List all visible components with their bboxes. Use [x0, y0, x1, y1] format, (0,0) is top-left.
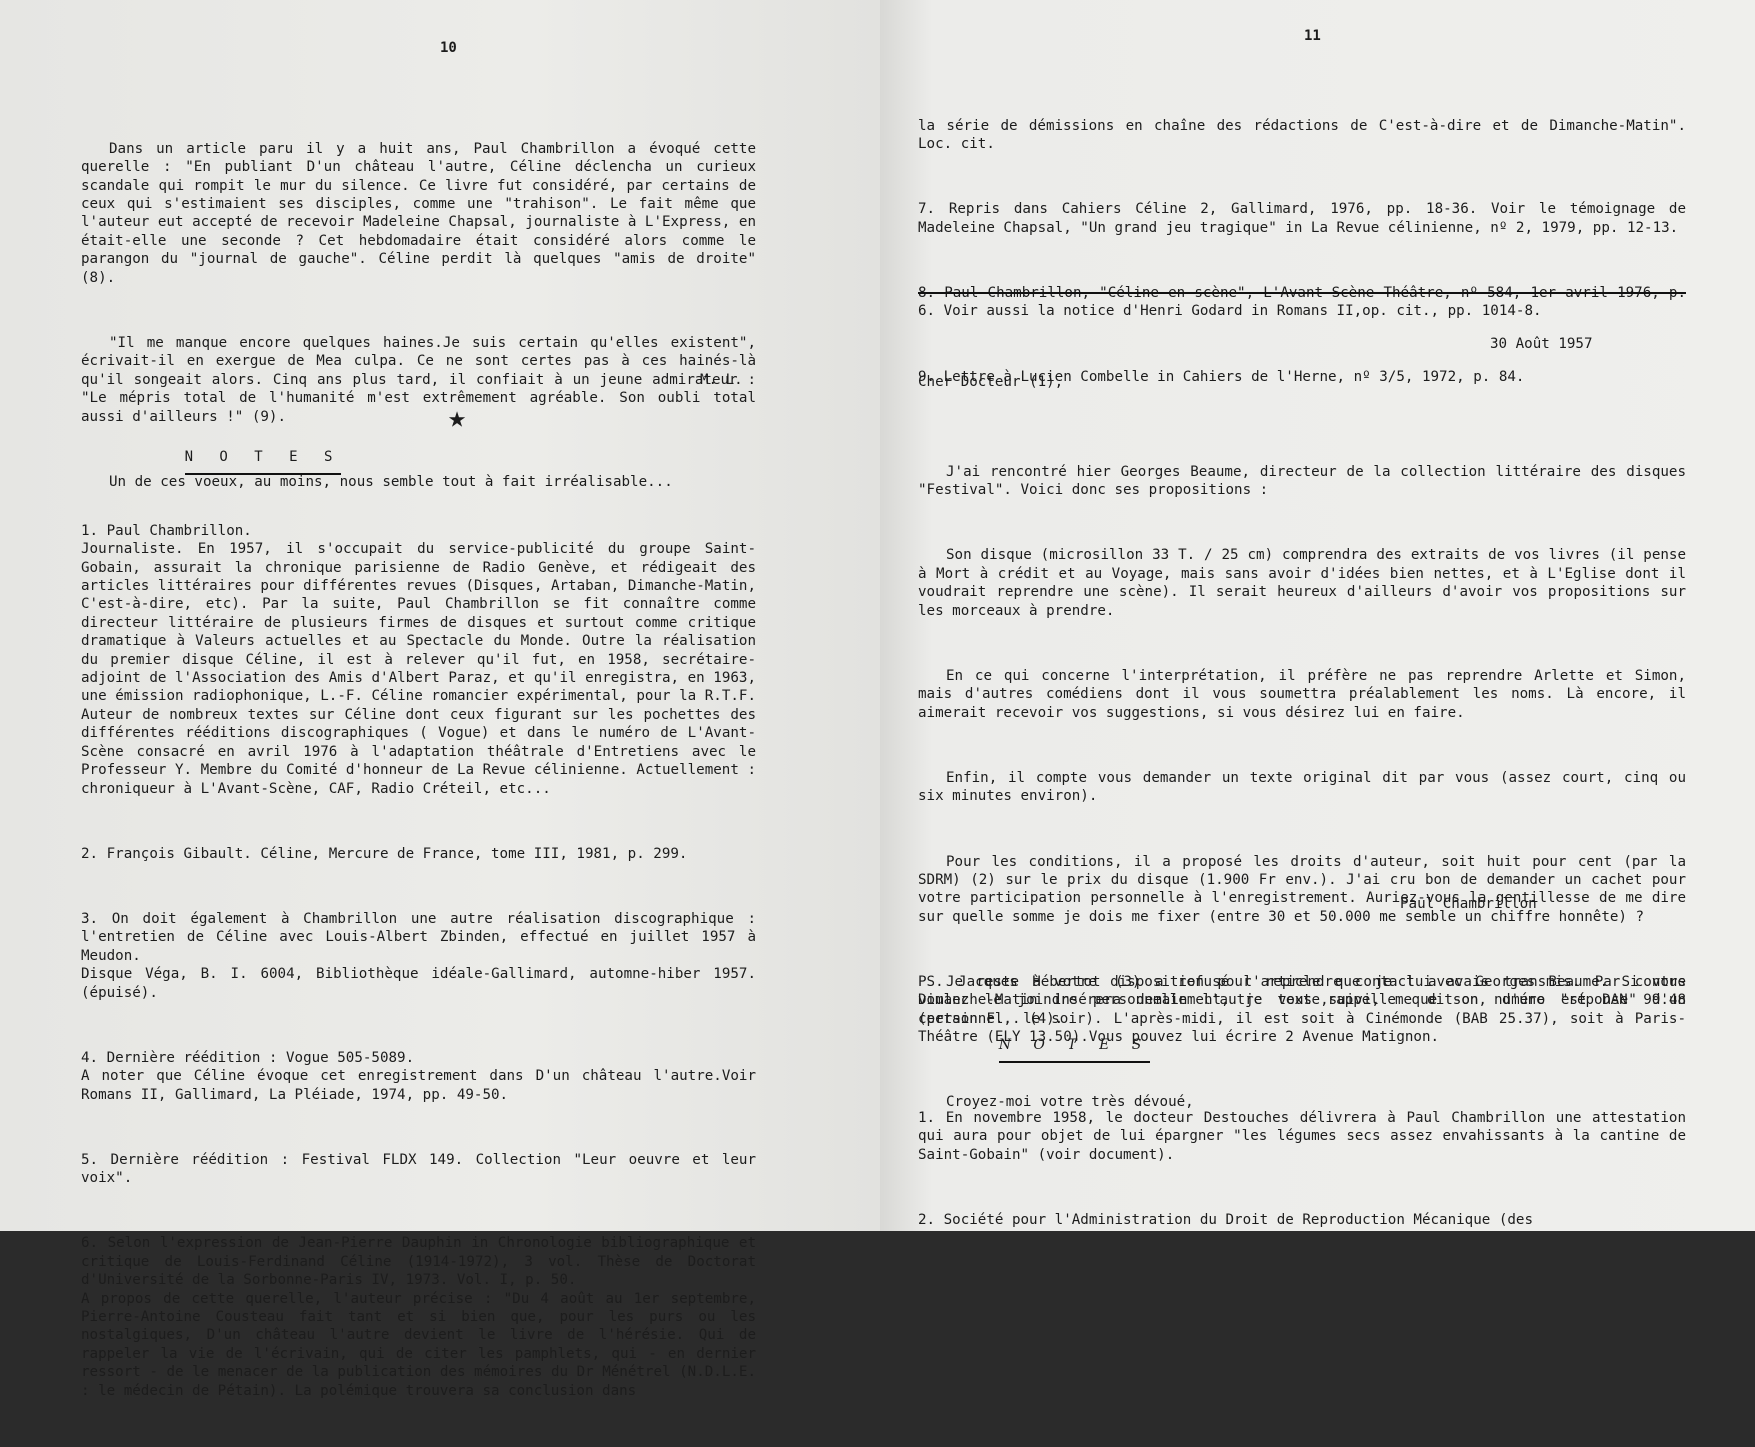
note-item: 2. François Gibault. Céline, Mercure de …	[81, 845, 756, 863]
paragraph: "Il me manque encore quelques haines.Je …	[81, 334, 756, 426]
note-item: 7. Repris dans Cahiers Céline 2, Gallima…	[918, 200, 1686, 237]
note-item: 2. Société pour l'Administration du Droi…	[918, 1211, 1686, 1229]
note-item: 3. On doit également à Chambrillon une a…	[81, 910, 756, 1002]
paragraph: Enfin, il compte vous demander un texte …	[918, 769, 1686, 806]
note-item: 8. Paul Chambrillon, "Céline en scène", …	[918, 284, 1686, 321]
book-spread: 10 Dans un article paru il y a huit ans,…	[0, 0, 1755, 1231]
note-item: 1. En novembre 1958, le docteur Destouch…	[918, 1109, 1686, 1164]
paragraph: Pour les conditions, il a proposé les dr…	[918, 853, 1686, 927]
note-item: 5. Dernière réédition : Festival FLDX 14…	[81, 1151, 756, 1188]
letter-signature: Paul Chambrillon	[1400, 896, 1537, 912]
notes-list: 1. Paul Chambrillon. Journaliste. En 195…	[81, 485, 756, 1231]
page-number: 10	[440, 40, 457, 56]
left-page: 10 Dans un article paru il y a huit ans,…	[0, 0, 880, 1231]
note-item: la série de démissions en chaîne des réd…	[918, 117, 1686, 154]
note-item: 1. Paul Chambrillon. Journaliste. En 195…	[81, 522, 756, 798]
note-item: 4. Dernière réédition : Vogue 505-5089. …	[81, 1049, 756, 1104]
notes-heading: N O T E S	[80, 430, 341, 493]
paragraph: Son disque (microsillon 33 T. / 25 cm) c…	[918, 546, 1686, 620]
paragraph: J'ai rencontré hier Georges Beaume, dire…	[918, 463, 1686, 500]
star-ornament-icon: ★	[448, 400, 466, 435]
section-divider	[918, 292, 1686, 294]
letter-salutation: Cher Docteur (1),	[918, 374, 1063, 390]
page-number: 11	[1304, 28, 1321, 44]
paragraph: En ce qui concerne l'interprétation, il …	[918, 667, 1686, 722]
paragraph: Dans un article paru il y a huit ans, Pa…	[81, 140, 756, 287]
notes-list: 1. En novembre 1958, le docteur Destouch…	[918, 1072, 1686, 1231]
author-signature: M. L.	[700, 372, 743, 388]
letter-date: 30 Août 1957	[1490, 336, 1593, 352]
right-page: 11 la série de démissions en chaîne des …	[880, 0, 1755, 1231]
